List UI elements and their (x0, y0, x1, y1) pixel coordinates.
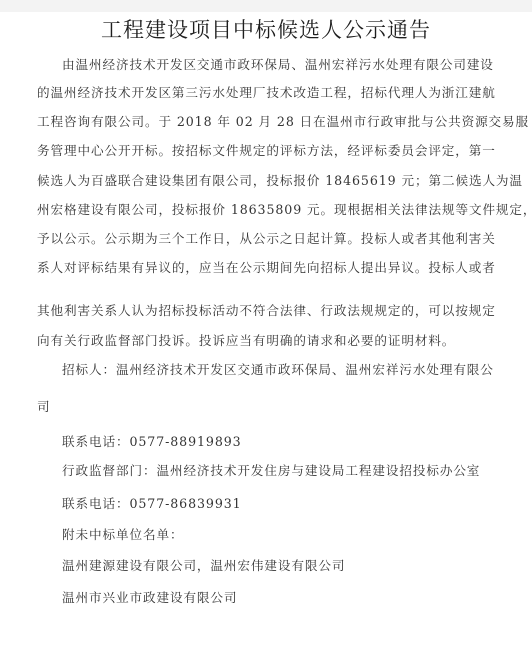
body-line: 向有关行政监督部门投诉。投诉应当有明确的请求和必要的证明材料。 (37, 333, 455, 349)
supervisor-dept: 行政监督部门：温州经济技术开发住房与建设局工程建设招投标办公室 (62, 463, 480, 479)
document-title: 工程建设项目中标候选人公示通告 (0, 14, 532, 44)
unsuccessful-list-item: 温州建源建设有限公司，温州宏伟建设有限公司 (62, 558, 345, 574)
unsuccessful-list-item: 温州市兴业市政建设有限公司 (62, 590, 237, 606)
body-line: 系人对评标结果有异议的，应当在公示期间先向招标人提出异议。投标人或者 (37, 260, 496, 276)
body-line: 务管理中心公开开标。按招标文件规定的评标方法，经评标委员会评定，第一 (37, 143, 496, 159)
tenderer-line: 招标人：温州经济技术开发区交通市政环保局、温州宏祥污水处理有限公 (62, 362, 494, 378)
unsuccessful-header: 附未中标单位名单： (62, 527, 183, 543)
top-strip (0, 0, 532, 12)
body-line: 其他利害关系人认为招标投标活动不符合法律、行政法规规定的，可以按规定 (37, 303, 496, 319)
body-line: 的温州经济技术开发区第三污水处理厂技术改造工程，招标代理人为浙江建航 (37, 85, 496, 101)
tenderer-line-cont: 司 (37, 399, 51, 415)
body-line: 由温州经济技术开发区交通市政环保局、温州宏祥污水处理有限公司建设 (62, 57, 494, 73)
body-line: 予以公示。公示期为三个工作日，从公示之日起计算。投标人或者其他利害关 (37, 231, 496, 247)
body-line: 候选人为百盛联合建设集团有限公司，投标报价 18465619 元；第二候选人为温 (37, 173, 523, 189)
supervisor-phone: 联系电话：0577-86839931 (62, 496, 242, 512)
body-line: 工程咨询有限公司。于 2018 年 02 月 28 日在温州市行政审批与公共资源… (37, 114, 529, 130)
tenderer-phone: 联系电话：0577-88919893 (62, 434, 242, 450)
body-line: 州宏格建设有限公司，投标报价 18635809 元。现根据相关法律法规等文件规定… (37, 202, 532, 218)
